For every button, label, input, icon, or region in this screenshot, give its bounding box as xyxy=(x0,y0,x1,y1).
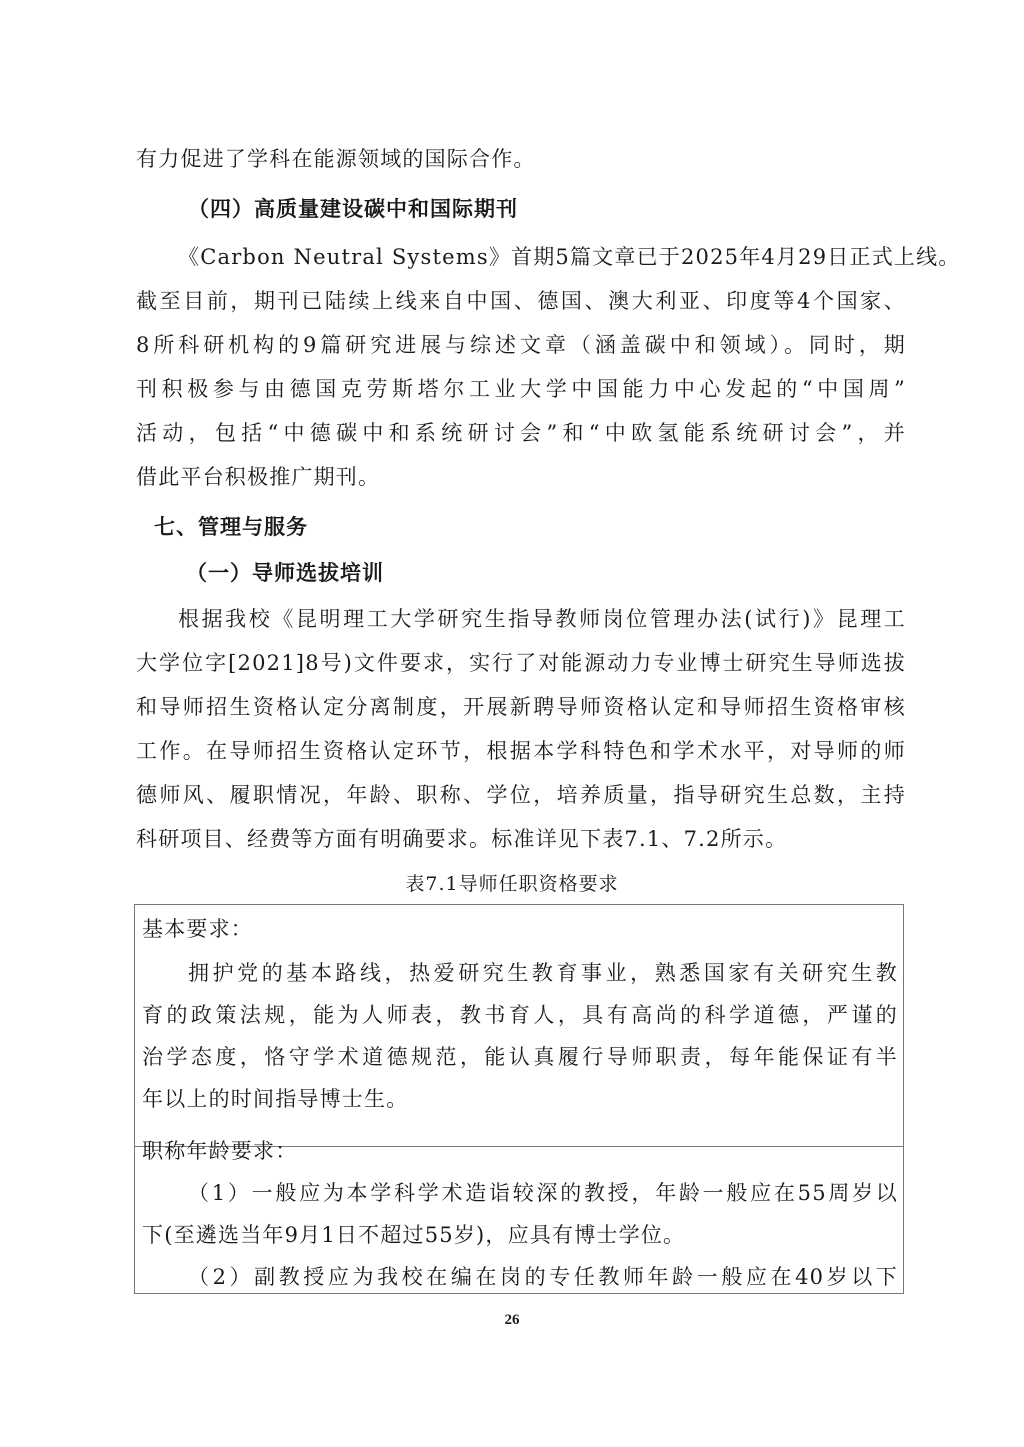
paragraph-line: 根据我校《昆明理工大学研究生指导教师岗位管理办法(试行)》昆理工 xyxy=(178,604,906,634)
paragraph-line: 和导师招生资格认定分离制度，开展新聘导师资格认定和导师招生资格审核 xyxy=(136,692,906,722)
table-cell-line: 治学态度，恪守学术道德规范，能认真履行导师职责，每年能保证有半 xyxy=(142,1042,898,1072)
subsection-heading: （一）导师选拔培训 xyxy=(186,558,384,588)
table-cell-line: 拥护党的基本路线，热爱研究生教育事业，熟悉国家有关研究生教 xyxy=(188,958,898,988)
paragraph-line: 活动，包括“中德碳中和系统研讨会”和“中欧氢能系统研讨会”，并 xyxy=(136,418,906,448)
table-row-title: 职称年龄要求： xyxy=(142,1136,898,1166)
paragraph-line: 刊积极参与由德国克劳斯塔尔工业大学中国能力中心发起的“中国周” xyxy=(136,374,906,404)
paragraph-line: 8所科研机构的9篇研究进展与综述文章（涵盖碳中和领域）。同时，期 xyxy=(136,330,906,360)
paragraph-line: 有力促进了学科在能源领域的国际合作。 xyxy=(136,144,906,174)
table-cell-line: （2）副教授应为我校在编在岗的专任教师年龄一般应在40岁以下 xyxy=(188,1262,898,1292)
table-cell-line: 下(至遴选当年9月1日不超过55岁)，应具有博士学位。 xyxy=(142,1220,898,1250)
table-cell-line: 育的政策法规，能为人师表，教书育人，具有高尚的科学道德，严谨的 xyxy=(142,1000,898,1030)
paragraph-line: 德师风、履职情况，年龄、职称、学位，培养质量，指导研究生总数，主持 xyxy=(136,780,906,810)
paragraph-line: 大学位字[2021]8号)文件要求，实行了对能源动力专业博士研究生导师选拔 xyxy=(136,648,906,678)
table-cell-line: （1）一般应为本学科学术造诣较深的教授，年龄一般应在55周岁以 xyxy=(188,1178,898,1208)
paragraph-line: 借此平台积极推广期刊。 xyxy=(136,462,906,492)
paragraph-line: 科研项目、经费等方面有明确要求。标准详见下表7.1、7.2所示。 xyxy=(136,824,906,854)
table-cell-line: 年以上的时间指导博士生。 xyxy=(142,1084,898,1114)
table-row-title: 基本要求： xyxy=(142,914,898,944)
paragraph-line: 截至目前，期刊已陆续上线来自中国、德国、澳大利亚、印度等4个国家、 xyxy=(136,286,906,316)
table-caption: 表7.1导师任职资格要求 xyxy=(0,870,1024,898)
paragraph-line: 《Carbon Neutral Systems》首期5篇文章已于2025年4月2… xyxy=(178,242,908,272)
paragraph-line: 工作。在导师招生资格认定环节，根据本学科特色和学术水平，对导师的师 xyxy=(136,736,906,766)
section-heading: 七、管理与服务 xyxy=(154,512,308,542)
page-number: 26 xyxy=(0,1312,1024,1329)
subsection-heading: （四）高质量建设碳中和国际期刊 xyxy=(188,194,518,224)
